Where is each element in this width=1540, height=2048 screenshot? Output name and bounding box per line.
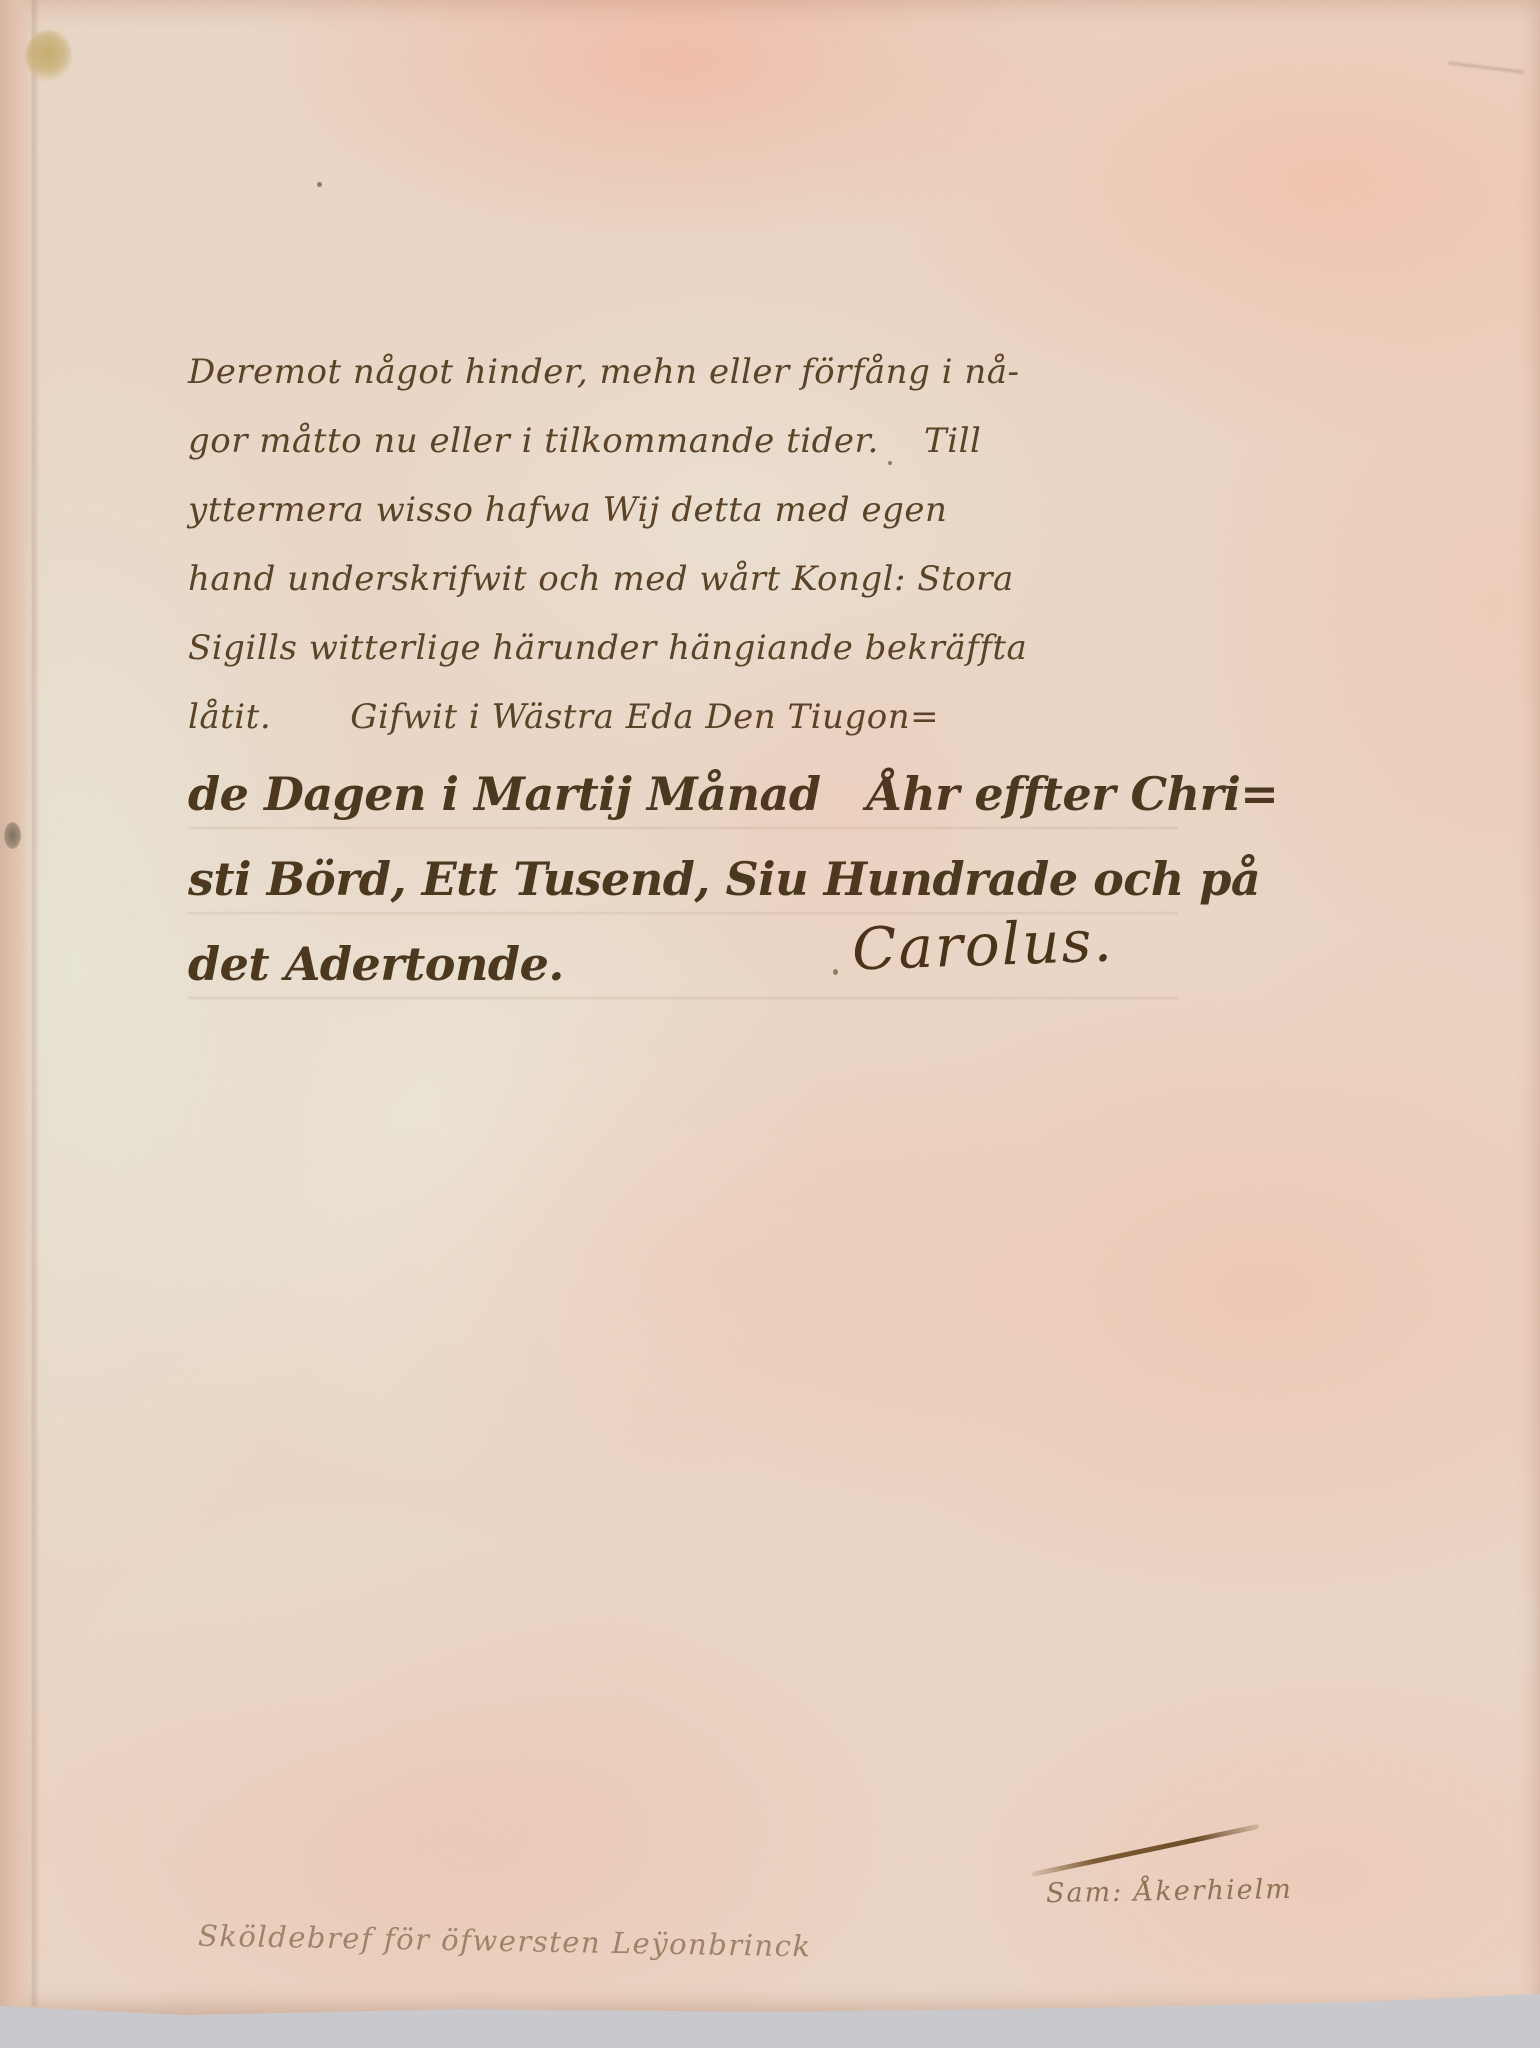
- royal-signature-carolus: Carolus.: [851, 911, 1115, 978]
- ink-speck: [317, 182, 322, 187]
- manuscript-line-4: hand underskrifwit och med wårt Kongl: S…: [188, 545, 1178, 614]
- manuscript-line-3: yttermera wisso hafwa Wij detta med egen: [188, 476, 1178, 545]
- binding-crease: [32, 0, 39, 2006]
- manuscript-date-line-1: de Dagen i Martij Månad Åhr effter Chri=: [188, 752, 1178, 837]
- pen-flourish-stroke: [1031, 1824, 1259, 1877]
- manuscript-line-2: gor måtto nu eller i tilkommande tider. …: [188, 407, 1178, 476]
- pencil-smudge: [1448, 61, 1524, 73]
- manuscript-line-5: Sigills witterlige härunder hängiande be…: [188, 614, 1178, 683]
- manuscript-text-block: Deremot något hinder, mehn eller förfång…: [188, 338, 1178, 1007]
- manuscript-line-6: låtit. Gifwit i Wästra Eda Den Tiugon=: [188, 683, 1178, 752]
- countersignature-akerhielm: Sam: Åkerhielm: [1046, 1874, 1293, 1911]
- scanned-manuscript-page: Deremot något hinder, mehn eller förfång…: [0, 0, 1540, 2048]
- parchment-hole: [4, 822, 21, 849]
- seal-remnant-stain: [26, 30, 72, 82]
- binding-edge: [0, 0, 34, 2006]
- parchment-page: Deremot något hinder, mehn eller förfång…: [0, 0, 1540, 2018]
- manuscript-line-1: Deremot något hinder, mehn eller förfång…: [188, 338, 1178, 407]
- archival-note: Sköldebref för öfwersten Leÿonbrinck: [198, 1919, 812, 1964]
- paper-grain-texture: [0, 0, 1540, 2018]
